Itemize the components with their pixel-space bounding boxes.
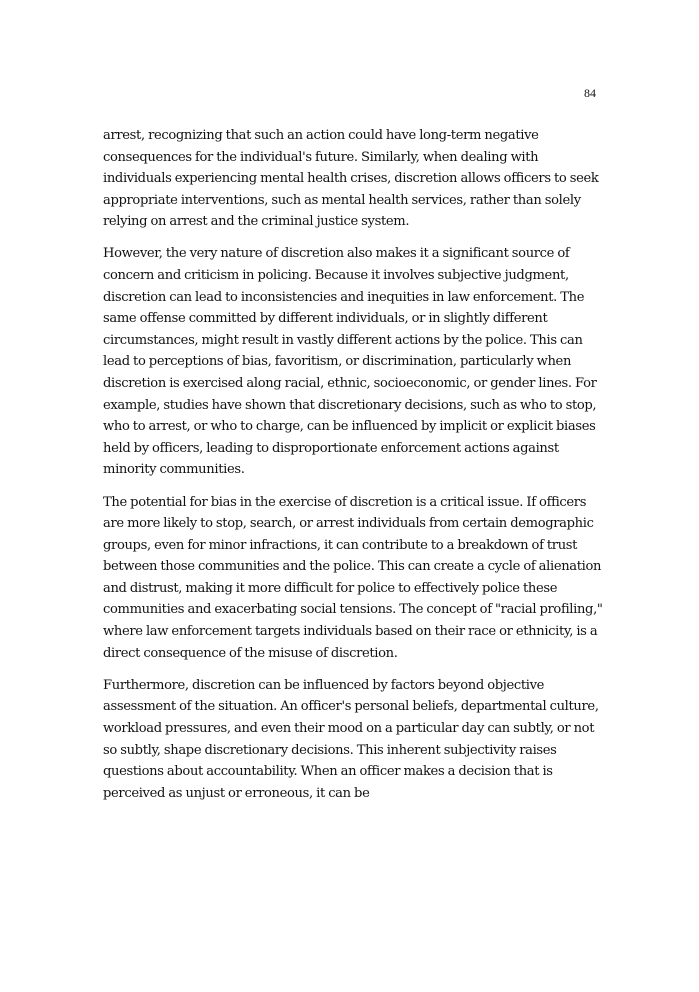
- paragraph-2: However, the very nature of discretion a…: [103, 243, 603, 481]
- page-number: 84: [584, 86, 596, 101]
- paragraph-1: arrest, recognizing that such an action …: [103, 125, 603, 233]
- paragraph-3: The potential for bias in the exercise o…: [103, 492, 603, 665]
- body-text: arrest, recognizing that such an action …: [103, 125, 603, 815]
- document-page: 84 arrest, recognizing that such an acti…: [0, 0, 699, 992]
- paragraph-4: Furthermore, discretion can be influence…: [103, 675, 603, 805]
